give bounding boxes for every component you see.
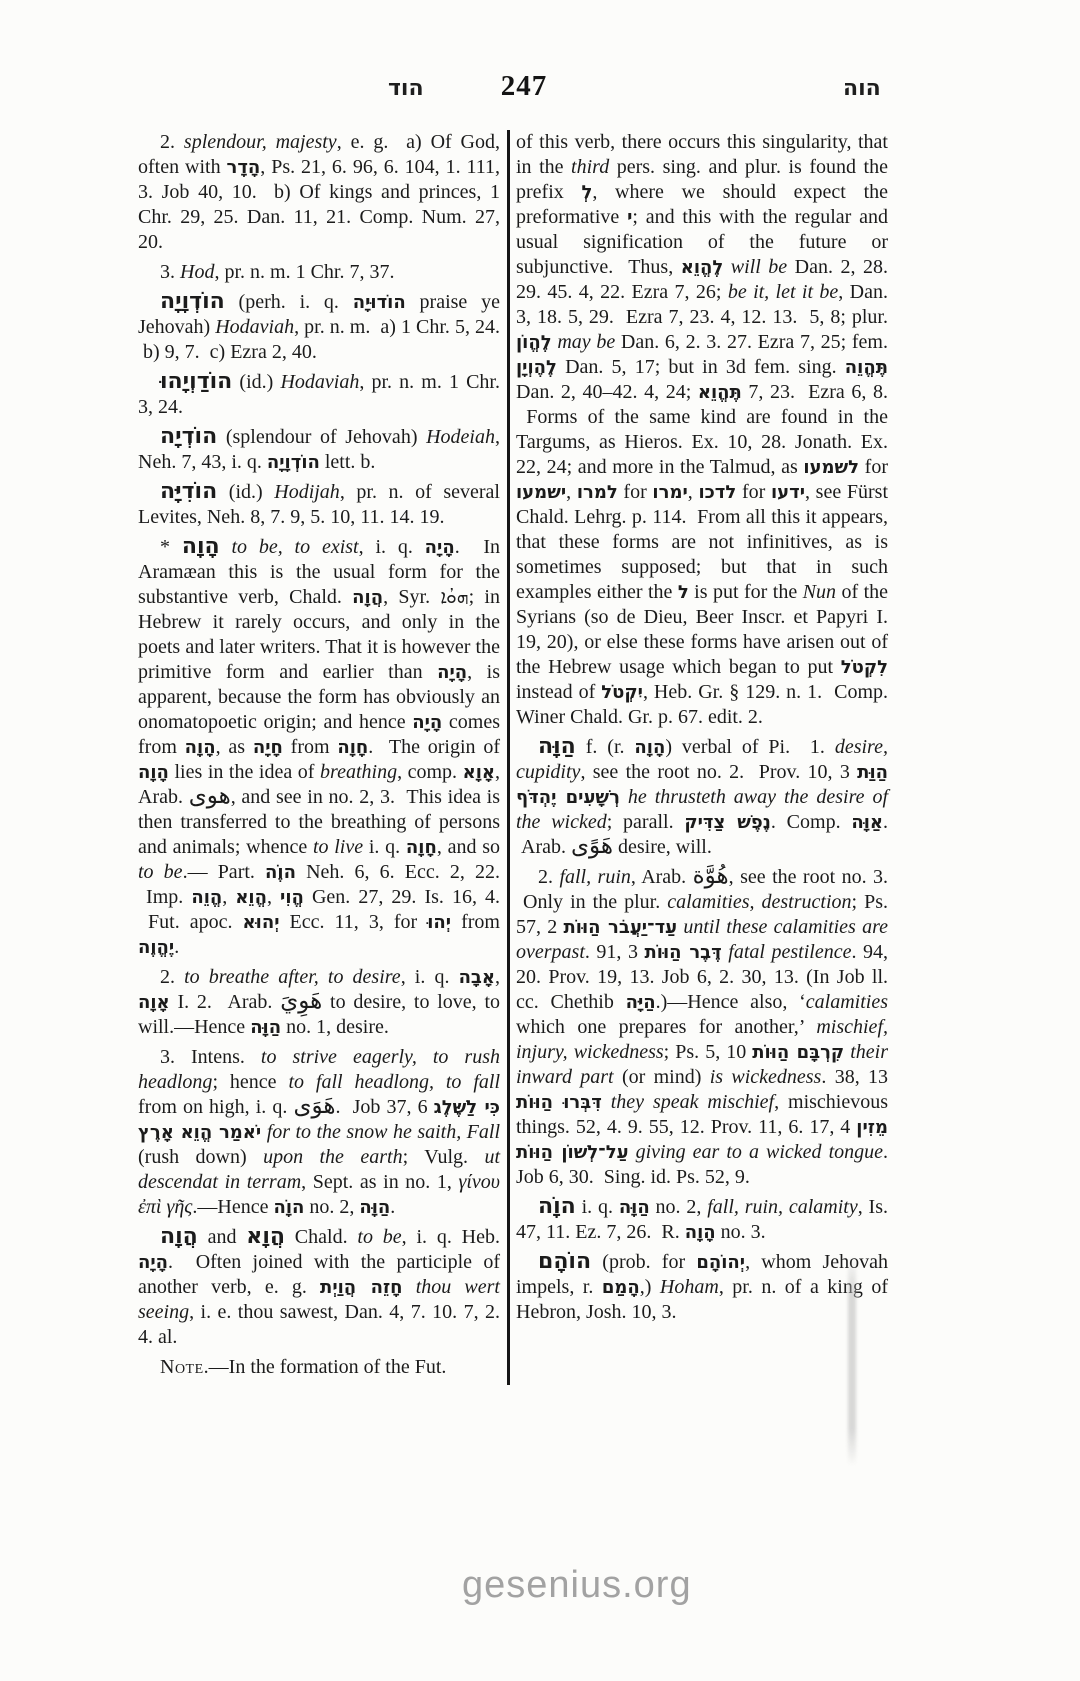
- right-column: of this verb, there occurs this singular…: [516, 130, 888, 1385]
- header-catchword-left: הוד: [388, 76, 424, 101]
- entry-paragraph: הוֹדִיָּה (id.) Hodijah, pr. n. of sever…: [138, 480, 500, 530]
- entry-paragraph: הוֹדַוְיָהוּ (id.) Hodaviah, pr. n. m. 1…: [138, 370, 500, 420]
- page-number: 247: [474, 70, 574, 103]
- entry-paragraph: הַוָּה f. (r. הָוָה) verbal of Pi. 1. de…: [516, 735, 888, 860]
- entry-paragraph: 2. fall, ruin, Arab. هُوَّة, see the roo…: [516, 865, 888, 1190]
- entry-paragraph: 2. to breathe after, to desire, i. q. אָ…: [138, 965, 500, 1040]
- entry-paragraph: הוֹדְוָיָה (perh. i. q. הוֹדוּיָה praise…: [138, 290, 500, 365]
- entry-paragraph: Note.—In the formation of the Fut.: [138, 1355, 500, 1380]
- entry-paragraph: 3. Hod, pr. n. m. 1 Chr. 7, 37.: [138, 260, 500, 285]
- header-catchword-right: הוה: [843, 76, 881, 101]
- scan-artifact: [848, 1256, 856, 1466]
- entry-paragraph: of this verb, there occurs this singular…: [516, 130, 888, 730]
- watermark: gesenius.org: [462, 1564, 692, 1607]
- entry-paragraph: * הָוָה to be, to exist, i. q. הָיָה. In…: [138, 535, 500, 960]
- entry-paragraph: הֲוָה and הֲוָא Chald. to be, i. q. Heb.…: [138, 1225, 500, 1350]
- entry-paragraph: הוֹדְיָה (splendour of Jehovah) Hodeiah,…: [138, 425, 500, 475]
- entry-paragraph: 3. Intens. to strive eagerly, to rush he…: [138, 1045, 500, 1220]
- entry-paragraph: 2. splendour, majesty, e. g. a) Of God, …: [138, 130, 500, 255]
- entry-paragraph: הוָֹה i. q. הַוָּה no. 2, fall, ruin, ca…: [516, 1195, 888, 1245]
- column-divider-rule: [507, 130, 510, 1385]
- page-header: הוד 247 הוה: [0, 0, 1080, 120]
- scanned-lexicon-page: הוד 247 הוה 2. splendour, majesty, e. g.…: [0, 0, 1080, 1681]
- text-columns: 2. splendour, majesty, e. g. a) Of God, …: [138, 130, 898, 1385]
- entry-paragraph: הוֹהָם (prob. for יְהוֹהָם, whom Jehovah…: [516, 1250, 888, 1325]
- left-column: 2. splendour, majesty, e. g. a) Of God, …: [138, 130, 500, 1385]
